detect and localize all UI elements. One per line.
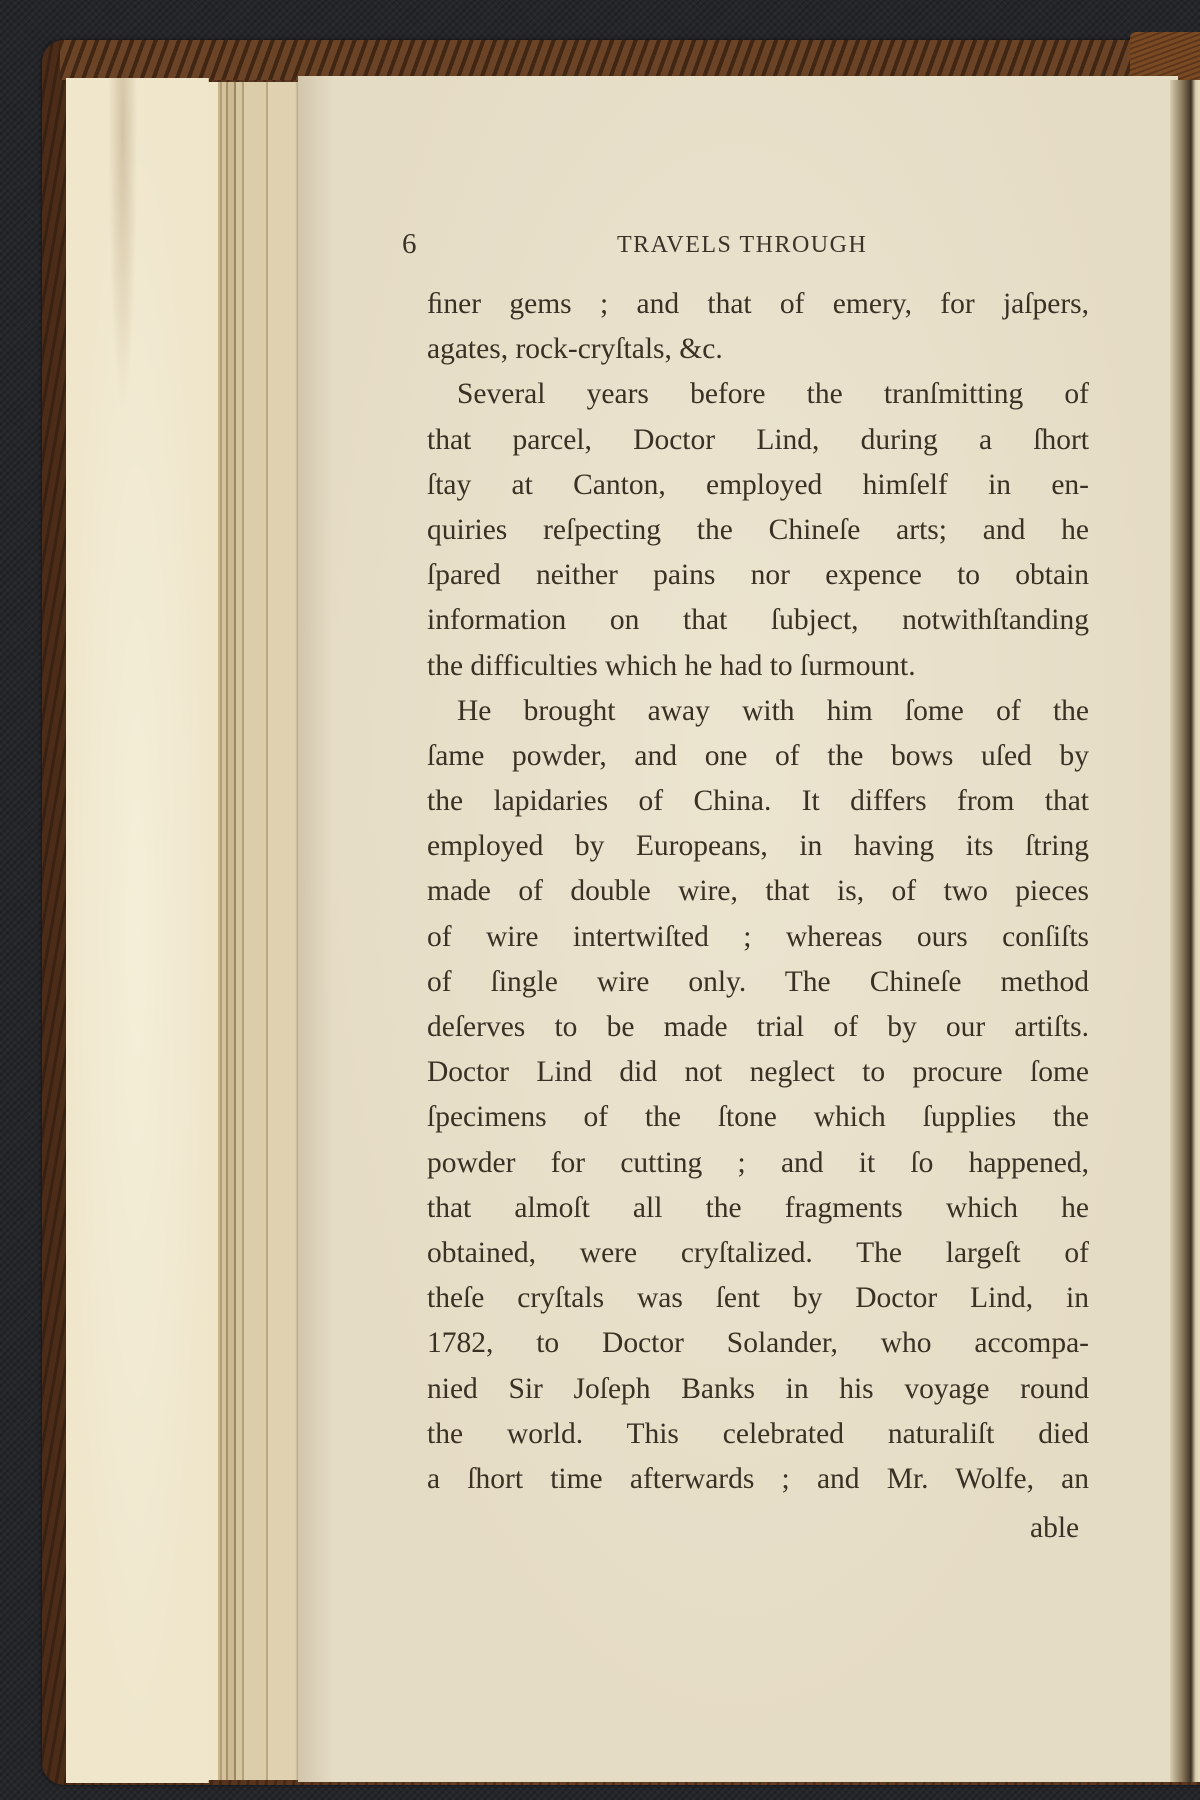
text-line: Several years before the tranſmitting of bbox=[427, 372, 1089, 417]
text-line: made of double wire, that is, of two pie… bbox=[427, 869, 1089, 914]
text-line: ſpared neither pains nor expence to obta… bbox=[427, 553, 1089, 598]
text-line: information on that ſubject, notwithſtan… bbox=[427, 598, 1089, 643]
text-line: 1782, to Doctor Solander, who accompa- bbox=[427, 1321, 1089, 1366]
text-line: ſtay at Canton, employed himſelf in en- bbox=[427, 463, 1089, 508]
text-line: powder for cutting ; and it ſo happened, bbox=[427, 1141, 1089, 1186]
page-number: 6 bbox=[402, 228, 417, 261]
text-line: a ſhort time afterwards ; and Mr. Wolfe,… bbox=[427, 1457, 1089, 1502]
text-line: ſpecimens of the ſtone which ſupplies th… bbox=[427, 1095, 1089, 1140]
text-line: Doctor Lind did not neglect to procure ſ… bbox=[427, 1050, 1089, 1095]
text-line: that parcel, Doctor Lind, during a ſhort bbox=[427, 418, 1089, 463]
catchword: able bbox=[1030, 1512, 1079, 1545]
text-line: theſe cryſtals was ſent by Doctor Lind, … bbox=[427, 1276, 1089, 1321]
text-line: He brought away with him ſome of the bbox=[427, 689, 1089, 734]
page-edges-stack bbox=[208, 82, 300, 1780]
flyleaf bbox=[66, 78, 209, 1783]
running-head: 6 TRAVELS THROUGH bbox=[402, 228, 1102, 264]
text-line: that almoſt all the fragments which he bbox=[427, 1186, 1089, 1231]
text-line: employed by Europeans, in having its ſtr… bbox=[427, 824, 1089, 869]
text-line: the world. This celebrated naturaliſt di… bbox=[427, 1412, 1089, 1457]
text-line: agates, rock-cryſtals, &c. bbox=[427, 327, 1089, 372]
cover-corner bbox=[1130, 32, 1200, 82]
text-line: quiries reſpecting the Chineſe arts; and… bbox=[427, 508, 1089, 553]
gutter bbox=[1170, 80, 1200, 1782]
text-line: ſame powder, and one of the bows uſed by bbox=[427, 734, 1089, 779]
running-title: TRAVELS THROUGH bbox=[617, 232, 867, 259]
text-line: deſerves to be made trial of by our arti… bbox=[427, 1005, 1089, 1050]
body-text: ﬁner gems ; and that of emery, for jaſpe… bbox=[427, 282, 1089, 1502]
text-line: nied Sir Joſeph Banks in his voyage roun… bbox=[427, 1367, 1089, 1412]
text-line: obtained, were cryſtalized. The largeſt … bbox=[427, 1231, 1089, 1276]
cover-top-edge bbox=[60, 40, 1200, 80]
text-line: the difficulties which he had to ſurmoun… bbox=[427, 644, 1089, 689]
text-line: of wire intertwiſted ; whereas ours conſ… bbox=[427, 915, 1089, 960]
text-line: of ſingle wire only. The Chineſe method bbox=[427, 960, 1089, 1005]
text-line: ﬁner gems ; and that of emery, for jaſpe… bbox=[427, 282, 1089, 327]
text-line: the lapidaries of China. It differs from… bbox=[427, 779, 1089, 824]
